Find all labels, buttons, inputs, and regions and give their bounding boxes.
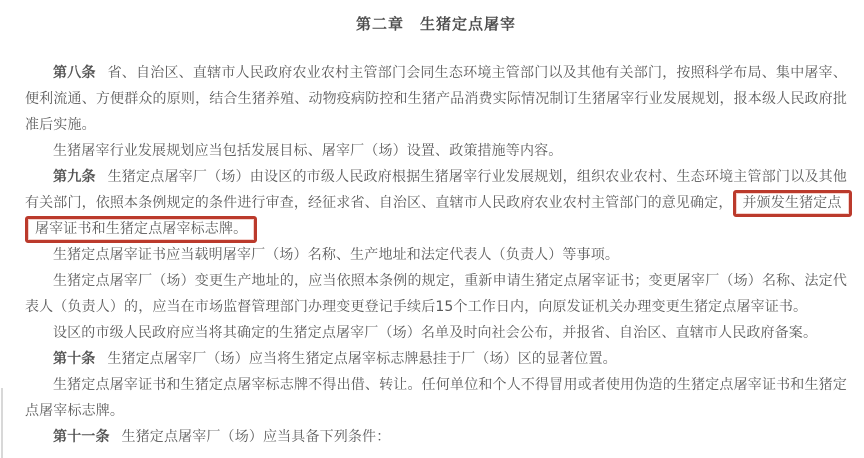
paragraph-plan-contents: 生猪屠宰行业发展规划应当包括发展目标、屠宰厂（场）设置、政策措施等内容。 <box>25 138 847 164</box>
document-body: 第八条省、自治区、直辖市人民政府农业农村主管部门会同生态环境主管部门以及其他有关… <box>25 60 847 450</box>
article-11-text: 生猪定点屠宰厂（场）应当具备下列条件： <box>122 429 391 445</box>
paragraph-change-registration: 生猪定点屠宰厂（场）变更生产地址的，应当依照本条例的规定，重新申请生猪定点屠宰证… <box>25 268 847 320</box>
paragraph-article-10: 第十条生猪定点屠宰厂（场）应当将生猪定点屠宰标志牌悬挂于厂（场）区的显著位置。 <box>25 346 847 372</box>
article-8-label: 第八条 <box>53 65 96 81</box>
page-edge-line <box>1 388 3 458</box>
article-10-label: 第十条 <box>53 351 95 367</box>
paragraph-article-8: 第八条省、自治区、直辖市人民政府农业农村主管部门会同生态环境主管部门以及其他有关… <box>25 60 847 138</box>
article-9-label: 第九条 <box>53 169 96 185</box>
change-registration-text: 生猪定点屠宰厂（场）变更生产地址的，应当依照本条例的规定，重新申请生猪定点屠宰证… <box>25 273 847 315</box>
article-11-label: 第十一条 <box>53 429 110 445</box>
article-8-text: 省、自治区、直辖市人民政府农业农村主管部门会同生态环境主管部门以及其他有关部门，… <box>25 65 847 133</box>
publish-list-text: 设区的市级人民政府应当将其确定的生猪定点屠宰厂（场）名单及时向社会公布，并报省、… <box>53 325 817 341</box>
plan-contents-text: 生猪屠宰行业发展规划应当包括发展目标、屠宰厂（场）设置、政策措施等内容。 <box>53 143 562 159</box>
certificate-contents-text: 生猪定点屠宰证书应当载明屠宰厂（场）名称、生产地址和法定代表人（负责人）等事项。 <box>53 247 619 263</box>
regulation-document: 第二章 生猪定点屠宰 第八条省、自治区、直辖市人民政府农业农村主管部门会同生态环… <box>0 0 864 450</box>
chapter-title: 第二章 生猪定点屠宰 <box>25 14 847 34</box>
paragraph-certificate-contents: 生猪定点屠宰证书应当载明屠宰厂（场）名称、生产地址和法定代表人（负责人）等事项。 <box>25 242 847 268</box>
no-transfer-text: 生猪定点屠宰证书和生猪定点屠宰标志牌不得出借、转让。任何单位和个人不得冒用或者使… <box>25 377 847 419</box>
paragraph-article-11: 第十一条生猪定点屠宰厂（场）应当具备下列条件： <box>25 424 847 450</box>
paragraph-article-9: 第九条生猪定点屠宰厂（场）由设区的市级人民政府根据生猪屠宰行业发展规划，组织农业… <box>25 164 847 242</box>
article-9-text: 生猪定点屠宰厂（场）由设区的市级人民政府根据生猪屠宰行业发展规划，组织农业农村、… <box>25 169 847 211</box>
paragraph-publish-list: 设区的市级人民政府应当将其确定的生猪定点屠宰厂（场）名单及时向社会公布，并报省、… <box>25 320 847 346</box>
article-10-text: 生猪定点屠宰厂（场）应当将生猪定点屠宰标志牌悬挂于厂（场）区的显著位置。 <box>107 351 616 367</box>
paragraph-no-transfer: 生猪定点屠宰证书和生猪定点屠宰标志牌不得出借、转让。任何单位和个人不得冒用或者使… <box>25 372 847 424</box>
